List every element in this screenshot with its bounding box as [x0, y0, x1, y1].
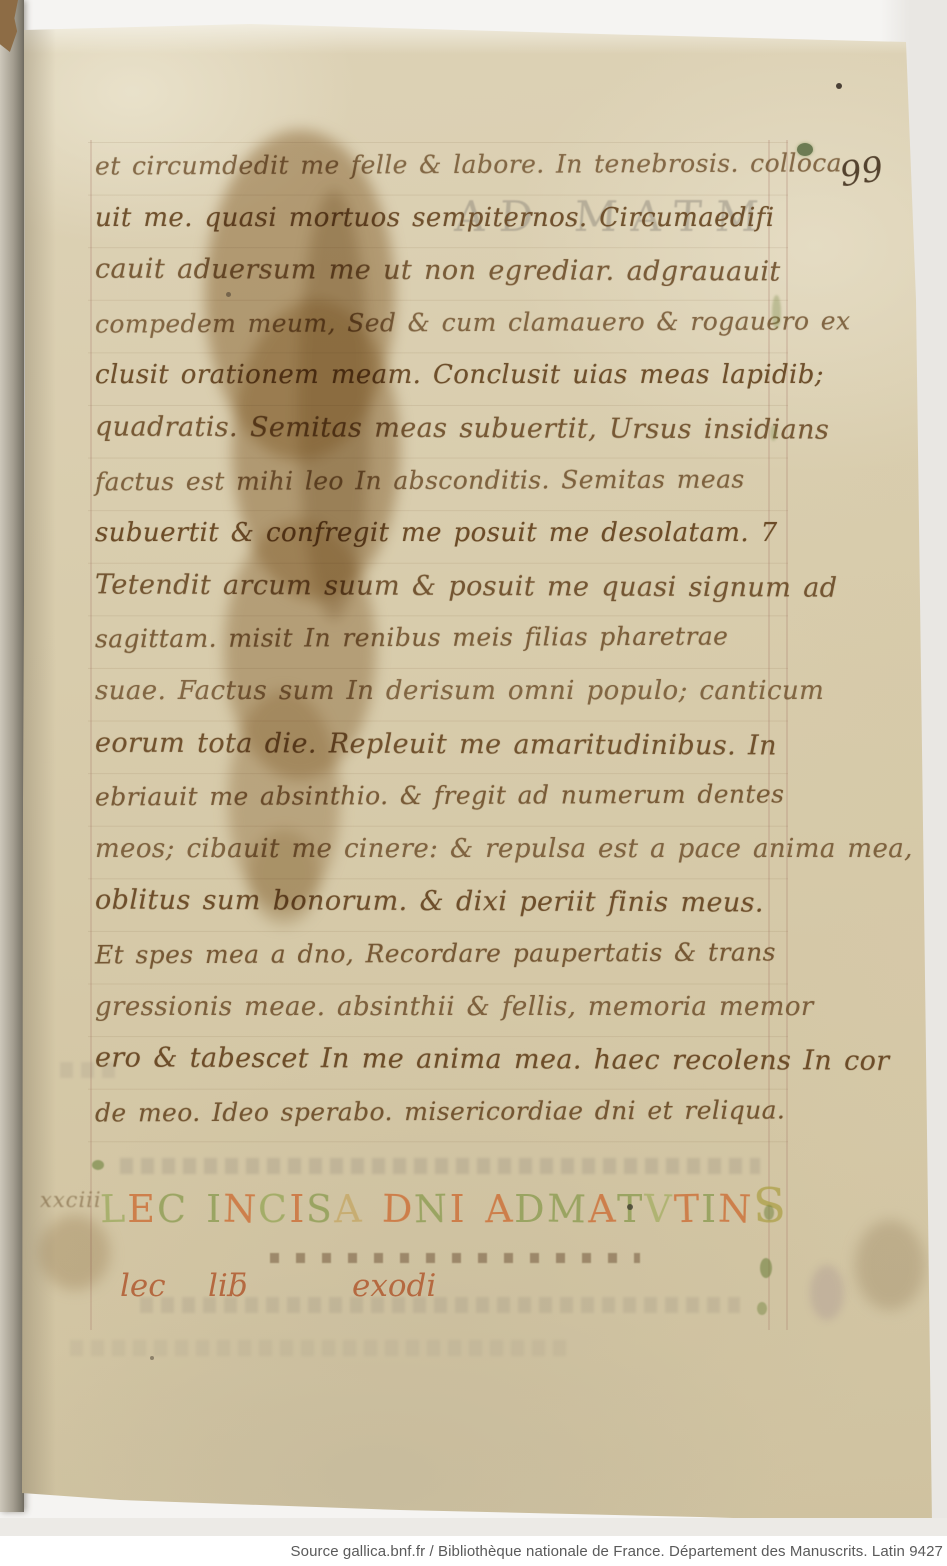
gallica-caption-bar: Source gallica.bnf.fr / Bibliothèque nat…	[0, 1536, 947, 1566]
rubric-letter: C	[156, 1187, 186, 1232]
rubric-title: LECINCISADNIADMATVTINS	[100, 1178, 800, 1234]
rubric-letter: A	[484, 1187, 513, 1232]
book-gutter	[0, 0, 24, 1512]
rubric-letter: N	[414, 1187, 448, 1232]
rubric-letter: A	[334, 1187, 363, 1232]
rubric-letter: I	[450, 1187, 465, 1231]
folio-number: 99	[837, 149, 886, 195]
green-sprig	[92, 1160, 104, 1170]
rubric-letter: A	[587, 1187, 616, 1232]
rubric-subtitle-word: lec	[120, 1268, 166, 1304]
rubric-letter: I	[206, 1187, 221, 1231]
green-smudge	[772, 295, 781, 329]
dark-dot	[150, 1356, 154, 1360]
green-smudge	[770, 425, 777, 441]
source-caption: Source gallica.bnf.fr / Bibliothèque nat…	[291, 1543, 943, 1560]
rubric-letter: N	[223, 1187, 257, 1232]
digitized-manuscript-photo: AD MATM et circumdedit me felle & labore…	[0, 0, 947, 1566]
green-smudge	[760, 1258, 772, 1278]
rubric-letter: M	[546, 1186, 586, 1231]
rubric-letter: L	[99, 1187, 125, 1232]
scan-background-strip	[0, 1518, 947, 1536]
rubric-subtitle: lecliƃexodi	[0, 1268, 947, 1318]
rubric-letter: D	[381, 1187, 413, 1232]
rubric-subtitle-word: liƃ	[208, 1268, 248, 1304]
margin-note: xxciii	[40, 1188, 102, 1212]
rubric-letter: I	[701, 1187, 716, 1231]
dark-dot	[226, 292, 231, 297]
rubric-letter: I	[289, 1187, 304, 1231]
green-smudge	[757, 1302, 767, 1315]
green-stain-speck	[797, 143, 813, 156]
rubric-letter: V	[644, 1187, 673, 1232]
stain-blob	[248, 830, 320, 925]
rubric-subtitle-word: exodi	[352, 1268, 436, 1304]
rubric-letter: E	[127, 1187, 155, 1231]
rubric-letter: N	[718, 1187, 752, 1232]
green-smudge	[764, 1205, 774, 1220]
purple-smudge	[810, 1265, 844, 1320]
stain-blob	[298, 190, 370, 620]
dark-dot	[836, 83, 842, 89]
rubric-letter: D	[514, 1187, 544, 1231]
dark-dot	[627, 1204, 633, 1210]
parchment-page: AD MATM et circumdedit me felle & labore…	[0, 0, 947, 1536]
rubric-letter: C	[258, 1187, 288, 1232]
rubric-letter: S	[306, 1187, 333, 1232]
rubric-letter: T	[673, 1187, 700, 1232]
